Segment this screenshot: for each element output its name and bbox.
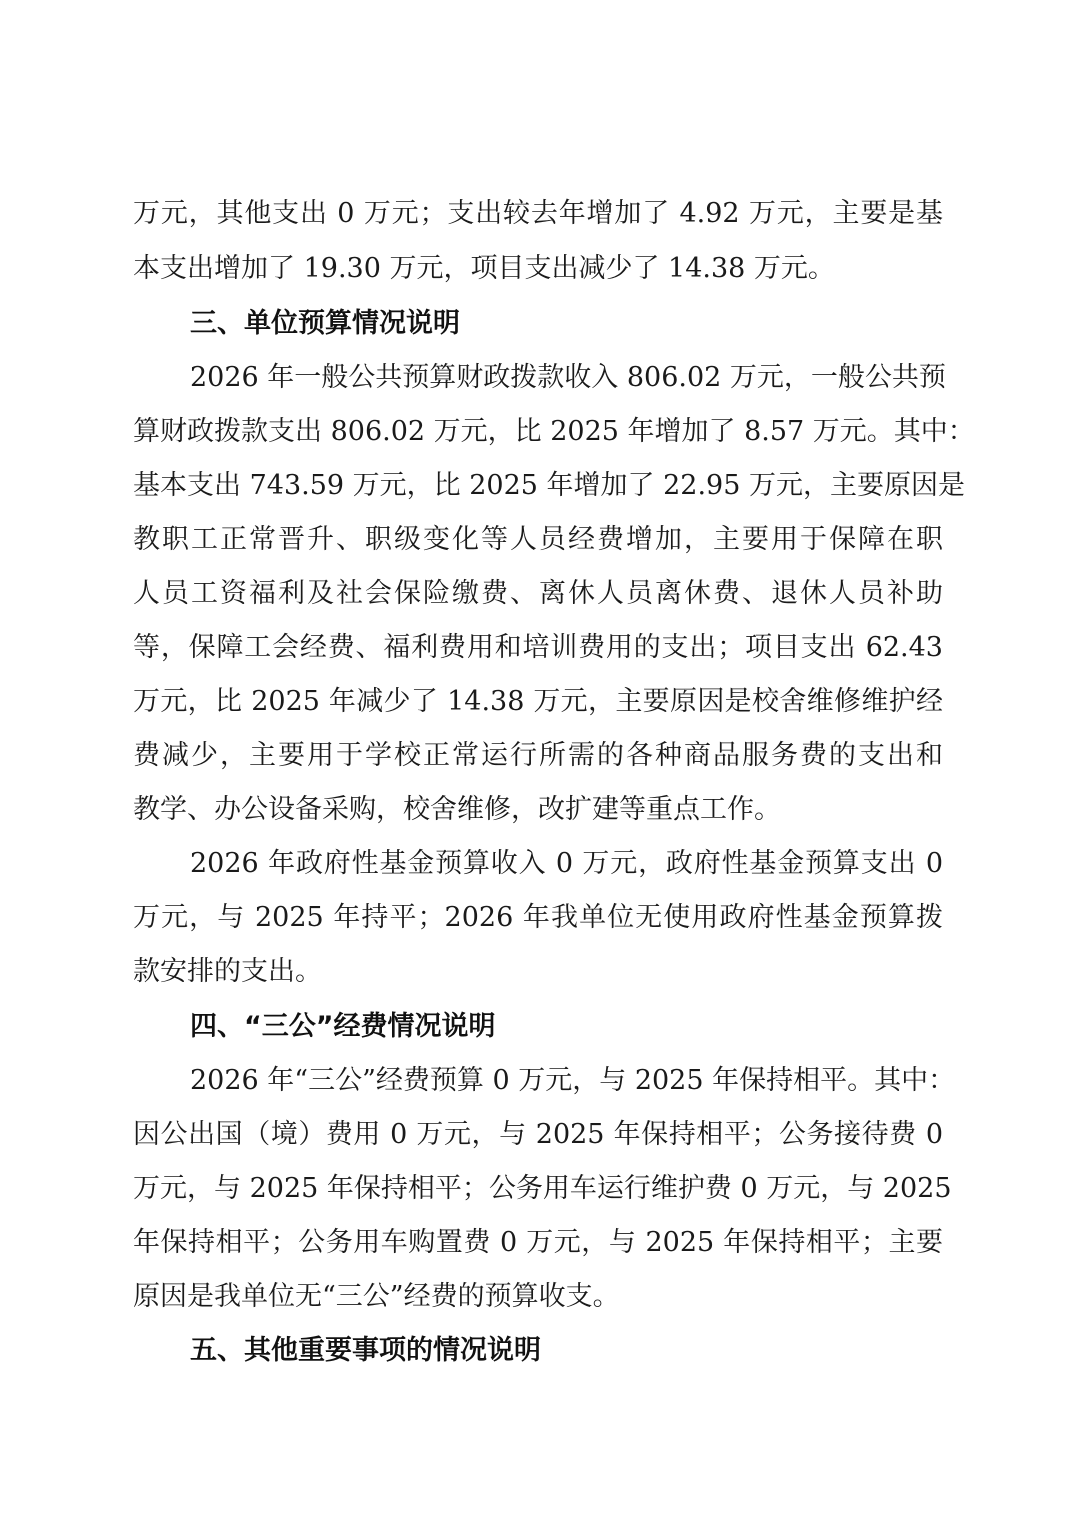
paragraph-line: 2026 年政府性基金预算收入 0 万元，政府性基金预算支出 0	[190, 847, 943, 881]
paragraph-line: 万元，其他支出 0 万元；支出较去年增加了 4.92 万元，主要是基	[133, 197, 943, 231]
paragraph-line: 年保持相平；公务用车购置费 0 万元，与 2025 年保持相平；主要	[133, 1226, 943, 1260]
paragraph-line: 本支出增加了 19.30 万元，项目支出减少了 14.38 万元。	[133, 252, 943, 286]
paragraph-line: 等，保障工会经费、福利费用和培训费用的支出；项目支出 62.43	[133, 631, 943, 665]
section-heading-other-matters: 五、其他重要事项的情况说明	[190, 1333, 541, 1369]
paragraph-line: 基本支出 743.59 万元，比 2025 年增加了 22.95 万元，主要原因…	[133, 469, 943, 503]
paragraph-line: 费减少，主要用于学校正常运行所需的各种商品服务费的支出和	[133, 739, 943, 773]
paragraph-line: 款安排的支出。	[133, 955, 943, 989]
paragraph-line: 因公出国（境）费用 0 万元，与 2025 年保持相平；公务接待费 0	[133, 1118, 943, 1152]
paragraph-line: 算财政拨款支出 806.02 万元，比 2025 年增加了 8.57 万元。其中…	[133, 415, 943, 449]
paragraph-line: 原因是我单位无“三公”经费的预算收支。	[133, 1280, 943, 1314]
paragraph-line: 教学、办公设备采购，校舍维修，改扩建等重点工作。	[133, 793, 943, 827]
document-page: 万元，其他支出 0 万元；支出较去年增加了 4.92 万元，主要是基 本支出增加…	[0, 0, 1074, 1520]
section-heading-three-public-expenses: 四、“三公”经费情况说明	[190, 1009, 496, 1045]
paragraph-line: 万元，与 2025 年持平；2026 年我单位无使用政府性基金预算拨	[133, 901, 943, 935]
section-heading-unit-budget: 三、单位预算情况说明	[190, 306, 460, 342]
paragraph-line: 2026 年一般公共预算财政拨款收入 806.02 万元，一般公共预	[190, 361, 943, 395]
paragraph-line: 万元，比 2025 年减少了 14.38 万元，主要原因是校舍维修维护经	[133, 685, 943, 719]
paragraph-line: 万元，与 2025 年保持相平；公务用车运行维护费 0 万元，与 2025	[133, 1172, 943, 1206]
paragraph-line: 2026 年“三公”经费预算 0 万元，与 2025 年保持相平。其中：	[190, 1064, 943, 1098]
paragraph-line: 教职工正常晋升、职级变化等人员经费增加，主要用于保障在职	[133, 523, 943, 557]
paragraph-line: 人员工资福利及社会保险缴费、离休人员离休费、退休人员补助	[133, 577, 943, 611]
